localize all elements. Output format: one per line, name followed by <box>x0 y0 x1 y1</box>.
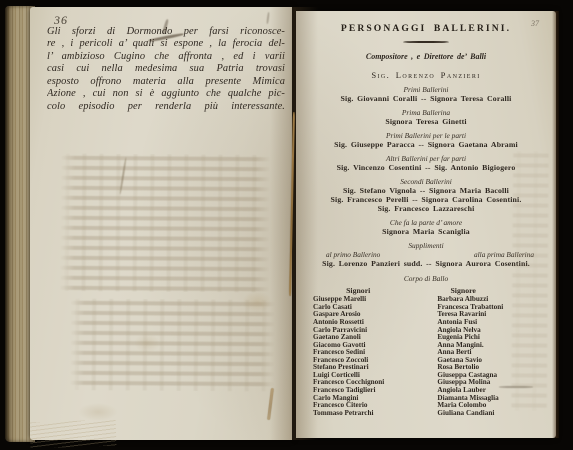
supplimenti-line: Sig. Lorenzo Panzieri sudd. -- Signora A… <box>296 259 556 268</box>
signore-name: Anna Mangini. <box>410 342 556 350</box>
cast-line: Primi Ballerini per le parti <box>296 131 556 140</box>
title-rule <box>403 41 449 43</box>
signore-name: Anna Berti <box>410 349 556 357</box>
signore-name: Angiola Nelva <box>410 327 556 335</box>
right-page-edge <box>552 11 559 438</box>
cast-line: Sig. Giuseppe Paracca -- Signora Gaetana… <box>296 140 556 149</box>
paragraph-line: l’ ambizioso Cugino che affronta , ed i … <box>47 51 285 63</box>
paragraph-line: esposto offrono materia alla presente Mi… <box>47 76 285 88</box>
cast-line: Sig. Francesco Lazzareschi <box>296 204 556 213</box>
supplimenti-right-label: alla prima Ballerina <box>474 250 534 259</box>
signore-name: Teresa Ravarini <box>410 311 556 319</box>
left-page: 36 Gli sforzi di Dormondo per farsi rico… <box>30 7 292 440</box>
paragraph-line: re , i pericoli a’ quali si espone , la … <box>47 38 285 50</box>
cast-list: Compositore , e Direttore de’ BalliSig. … <box>296 52 556 250</box>
page-title: PERSONAGGI BALLERINI. <box>296 23 556 34</box>
cast-line: Primi Ballerini <box>296 85 556 94</box>
paragraph-line: Azione , cui non si è aggiunto che qualc… <box>47 88 285 100</box>
signore-name: Gaetana Savio <box>410 357 556 365</box>
paragraph-line: colo episodio per renderla più interessa… <box>47 101 285 113</box>
right-page-content: 37 PERSONAGGI BALLERINI. Compositore , e… <box>296 11 556 438</box>
cast-line: Sig. Francesco Perelli -- Signora Caroli… <box>296 195 556 204</box>
table-row: Tommaso Petrarchi Giuliana Candiani <box>296 410 556 418</box>
signore-name: Antonia Fusi <box>410 319 556 327</box>
ink-smudge <box>499 386 533 388</box>
supplimenti-subheadings: al primo Ballerino alla prima Ballerina <box>296 250 556 259</box>
cast-line: Sig. Giovanni Coralli -- Signora Teresa … <box>296 94 556 103</box>
signori-name: Tommaso Petrarchi <box>296 410 410 418</box>
right-page: 37 PERSONAGGI BALLERINI. Compositore , e… <box>296 11 556 438</box>
cast-line: Compositore , e Direttore de’ Balli <box>296 52 556 61</box>
cast-line: Che fa la parte d’ amore <box>296 218 556 227</box>
signore-name: Giuliana Candiani <box>410 410 556 418</box>
cast-line: Sig. Lorenzo Panzieri <box>296 71 556 80</box>
cast-line: Signora Teresa Ginetti <box>296 117 556 126</box>
right-page-number: 37 <box>531 19 539 28</box>
book-photo: 36 Gli sforzi di Dormondo per farsi rico… <box>0 0 573 450</box>
cast-line: Sig. Vincenzo Cosentini -- Sig. Antonio … <box>296 163 556 172</box>
supplimenti-left-label: al primo Ballerino <box>326 250 380 259</box>
page-corner-stack <box>30 420 117 449</box>
foxing-stain <box>78 403 118 421</box>
cast-line: Secondi Ballerini <box>296 177 556 186</box>
paper-crease <box>119 157 127 195</box>
paragraph-line: casi cui nella medesima sua Patria trova… <box>47 63 285 75</box>
cast-line: Signora Maria Scaniglia <box>296 227 556 236</box>
corpo-di-ballo-heading: Corpo di Ballo <box>296 274 556 283</box>
cast-line: Supplimenti <box>296 241 556 250</box>
cast-line: Prima Ballerina <box>296 108 556 117</box>
bleed-through-text-block <box>70 298 276 391</box>
left-page-paragraph: Gli sforzi di Dormondo per farsi riconos… <box>47 26 285 113</box>
corpo-di-ballo-table: Signori Signore Giuseppe Marelli Barbara… <box>296 286 556 417</box>
bleed-through-text-block <box>60 153 271 292</box>
foxing-stain <box>134 333 160 353</box>
corpo-rows: Giuseppe Marelli Barbara Albuzzi Carlo C… <box>296 296 556 417</box>
cast-line: Sig. Stefano Vignola -- Signora Maria Ba… <box>296 186 556 195</box>
cast-line: Altri Ballerini per far parti <box>296 154 556 163</box>
foxing-stain <box>242 291 272 313</box>
ink-smudge <box>266 12 269 24</box>
